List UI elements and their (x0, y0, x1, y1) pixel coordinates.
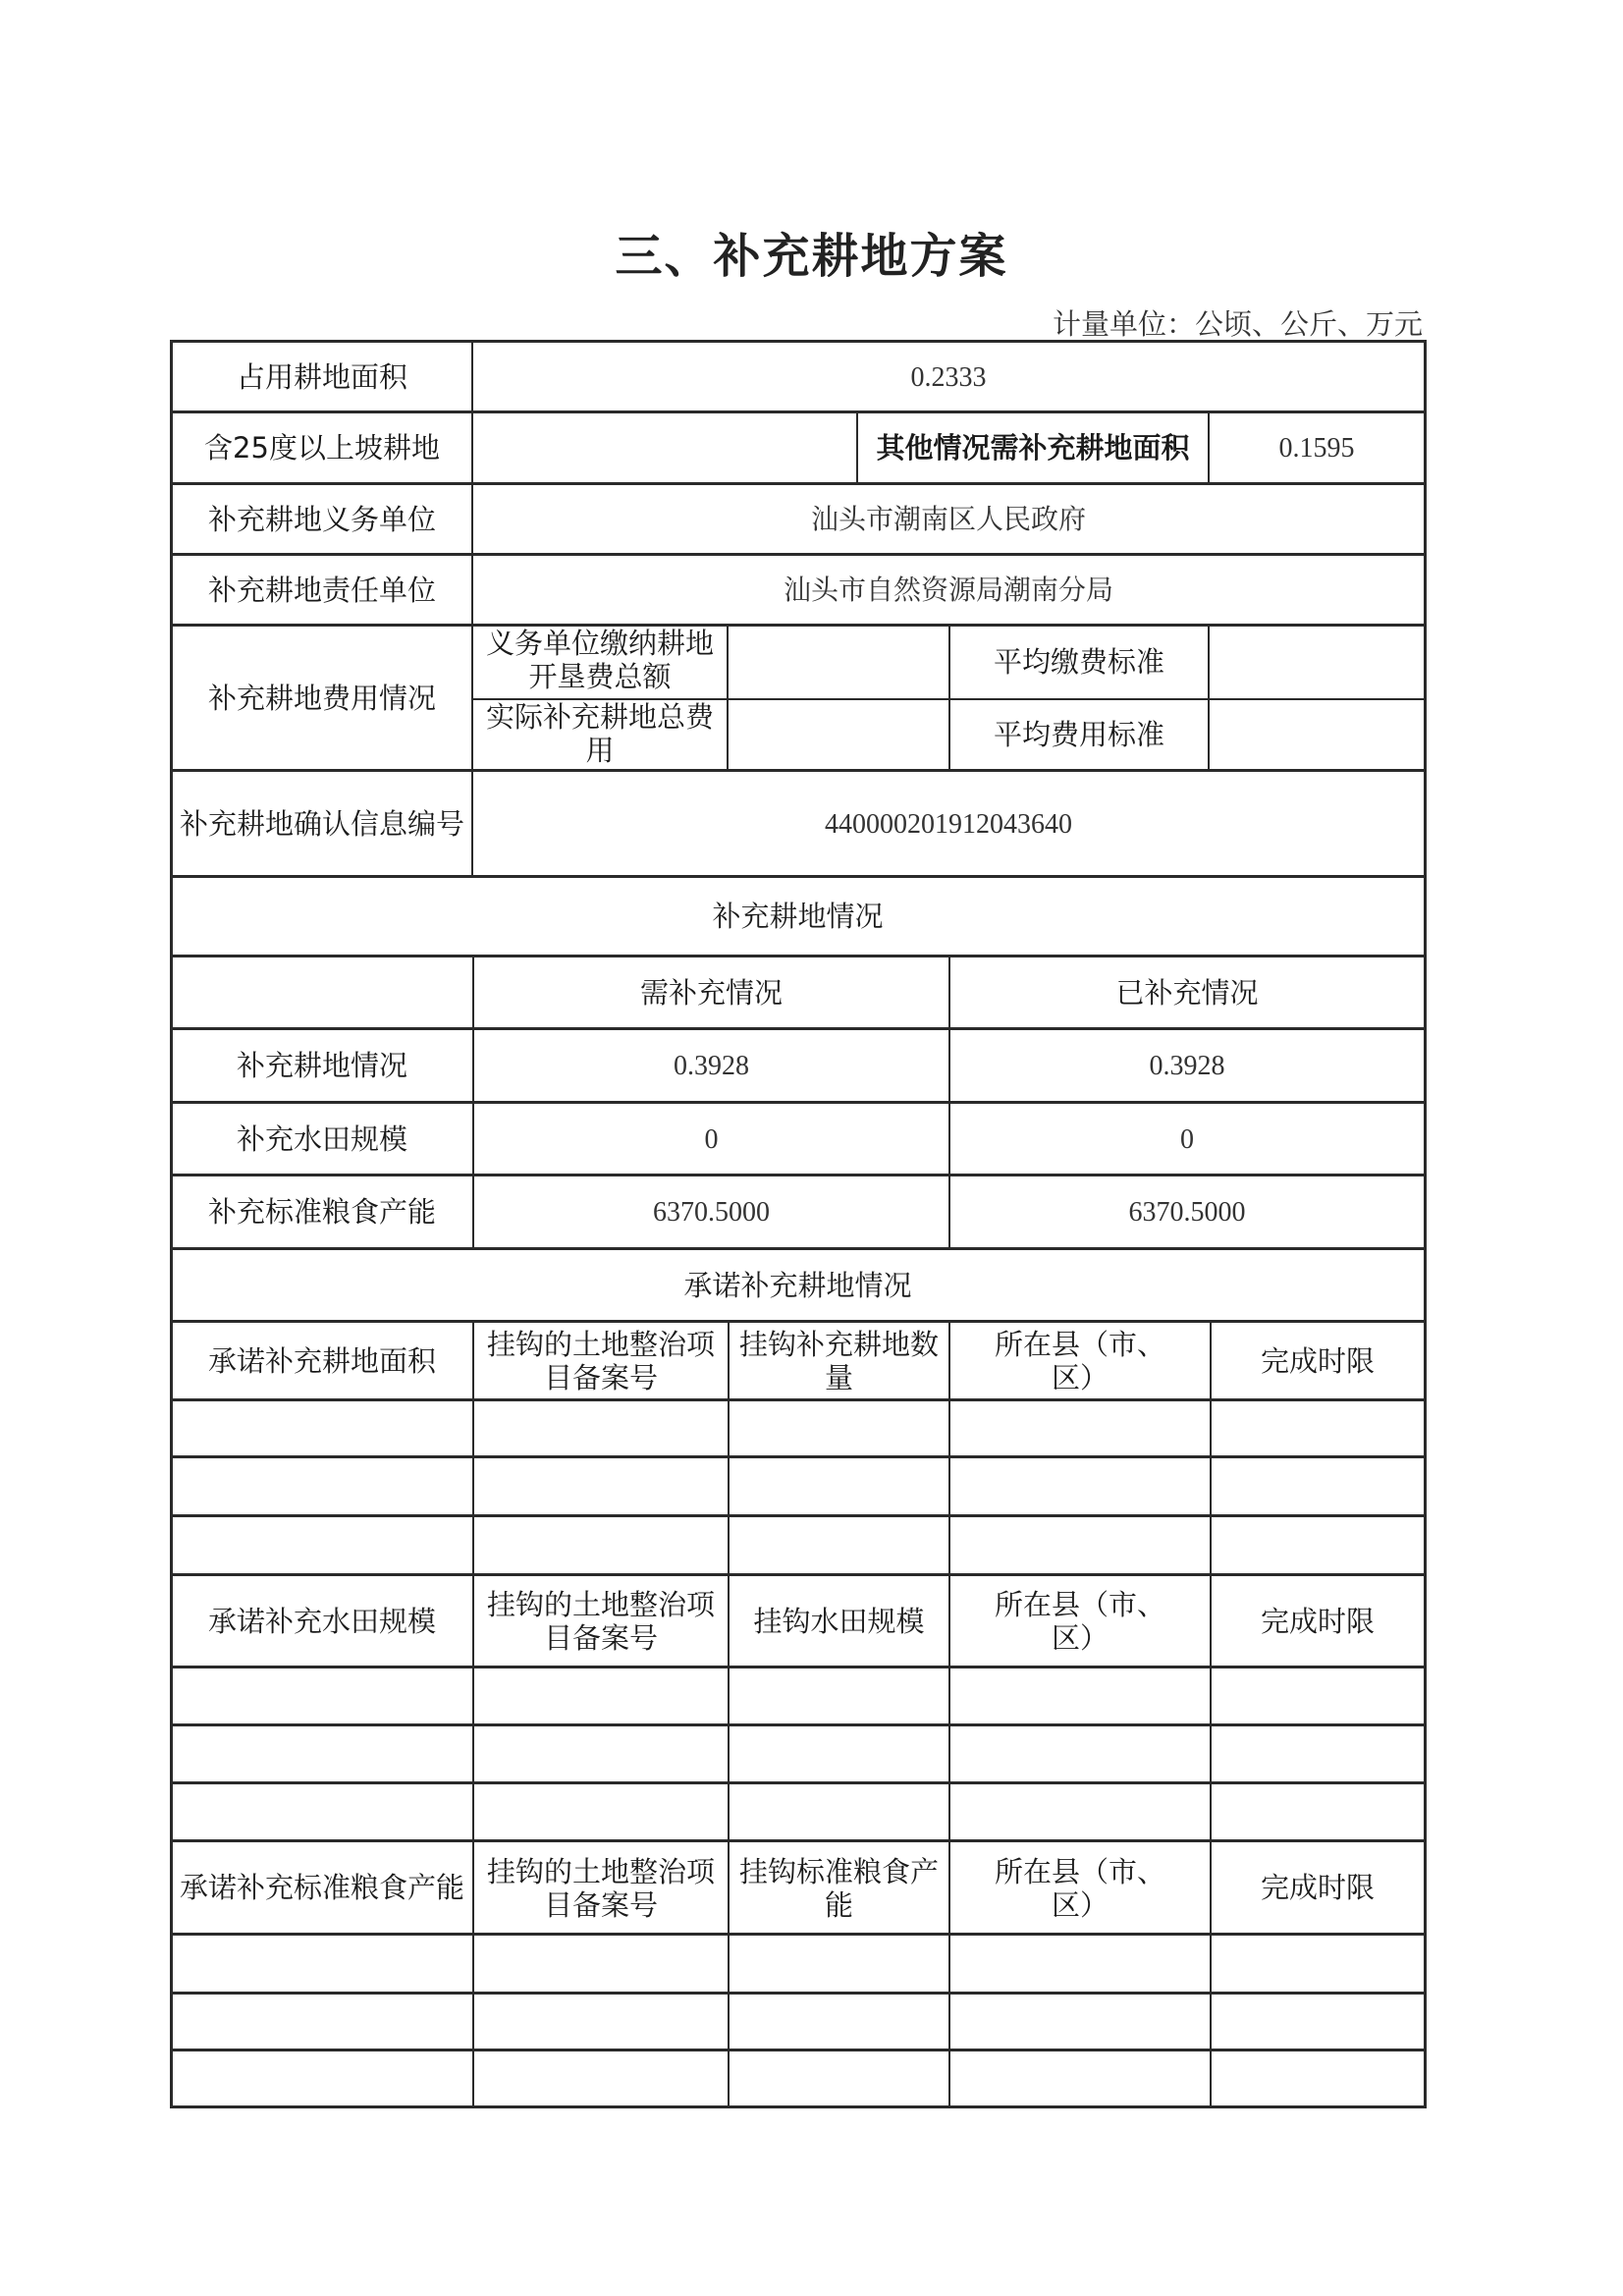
row-line (170, 1398, 1427, 1401)
occupied-area-value: 0.2333 (473, 343, 1424, 411)
confirmation-value: 440000201912043640 (473, 772, 1424, 876)
commit-project-no-header: 挂钩的土地整治项目备案号 (474, 1576, 728, 1667)
row-line (170, 1781, 1427, 1784)
obligation-unit-label: 补充耕地义务单位 (172, 485, 472, 554)
avg-payment-value (1210, 627, 1424, 698)
page-title: 三、补充耕地方案 (0, 218, 1623, 286)
avg-payment-label: 平均缴费标准 (950, 627, 1208, 698)
supplement-section-title: 补充耕地情况 (172, 878, 1424, 956)
supplement-row-done: 0 (950, 1104, 1424, 1175)
responsible-unit-value: 汕头市自然资源局潮南分局 (473, 556, 1424, 625)
col-done-header: 已补充情况 (950, 957, 1424, 1028)
commit-deadline-header: 完成时限 (1212, 1323, 1424, 1399)
confirmation-label: 补充耕地确认信息编号 (169, 772, 475, 876)
col-line (1210, 1321, 1212, 2107)
supplement-row-label: 补充耕地情况 (172, 1030, 472, 1102)
units-note: 计量单位：公顷、公斤、万元 (1053, 302, 1423, 343)
supplement-row-done: 0.3928 (950, 1030, 1424, 1102)
row-line (170, 1992, 1427, 1995)
supplement-row-needed: 0.3928 (474, 1030, 948, 1102)
cost-label: 补充耕地费用情况 (172, 627, 472, 770)
commit-project-no-header: 挂钩的土地整治项目备案号 (474, 1842, 728, 1934)
commit-linked-grain-header: 挂钩标准粮食产能 (730, 1842, 948, 1934)
supplement-row-needed: 6370.5000 (474, 1176, 948, 1248)
commit-county-header: 所在县（市、区） (950, 1842, 1210, 1934)
col-needed-header: 需补充情况 (474, 957, 948, 1028)
row-line (170, 1455, 1427, 1458)
row-line (170, 1514, 1427, 1517)
commit-deadline-header: 完成时限 (1212, 1576, 1424, 1667)
table-bottom-line (170, 2105, 1427, 2108)
col-line (472, 1321, 474, 2107)
commit-linked-paddy-header: 挂钩水田规模 (730, 1576, 948, 1667)
other-area-value: 0.1595 (1210, 413, 1424, 483)
commit-deadline-header: 完成时限 (1212, 1842, 1424, 1934)
avg-cost-value (1210, 700, 1424, 770)
commit-county-header: 所在县（市、区） (950, 1576, 1210, 1667)
commit-paddy-header: 承诺补充水田规模 (172, 1576, 472, 1667)
table-border-right (1424, 341, 1427, 2108)
slope25-label: 含25度以上坡耕地 (172, 413, 472, 483)
paid-total-value (729, 627, 948, 698)
supplement-row-label: 补充水田规模 (172, 1104, 472, 1175)
row-line (170, 2049, 1427, 2051)
slope25-value (473, 413, 856, 483)
supplement-row-needed: 0 (474, 1104, 948, 1175)
col-line (728, 1321, 730, 2107)
avg-cost-label: 平均费用标准 (950, 700, 1208, 770)
supplement-row-label: 补充标准粮食产能 (172, 1176, 472, 1248)
row-line (170, 1933, 1427, 1936)
actual-total-value (729, 700, 948, 770)
supplement-row-done: 6370.5000 (950, 1176, 1424, 1248)
row-line (170, 1723, 1427, 1726)
commit-linked-qty-header: 挂钩补充耕地数量 (730, 1323, 948, 1399)
occupied-area-label: 占用耕地面积 (172, 343, 472, 411)
col-line (948, 1321, 950, 2107)
commit-area-header: 承诺补充耕地面积 (172, 1323, 472, 1399)
responsible-unit-label: 补充耕地责任单位 (172, 556, 472, 625)
commit-county-header: 所在县（市、区） (950, 1323, 1210, 1399)
paid-total-label: 义务单位缴纳耕地开垦费总额 (473, 627, 727, 698)
row-line (170, 1666, 1427, 1668)
commitment-section-title: 承诺补充耕地情况 (172, 1250, 1424, 1321)
actual-total-label: 实际补充耕地总费用 (473, 700, 727, 770)
obligation-unit-value: 汕头市潮南区人民政府 (473, 485, 1424, 554)
other-area-label: 其他情况需补充耕地面积 (858, 413, 1208, 483)
commit-grain-header: 承诺补充标准粮食产能 (169, 1842, 475, 1934)
commit-project-no-header: 挂钩的土地整治项目备案号 (474, 1323, 728, 1399)
